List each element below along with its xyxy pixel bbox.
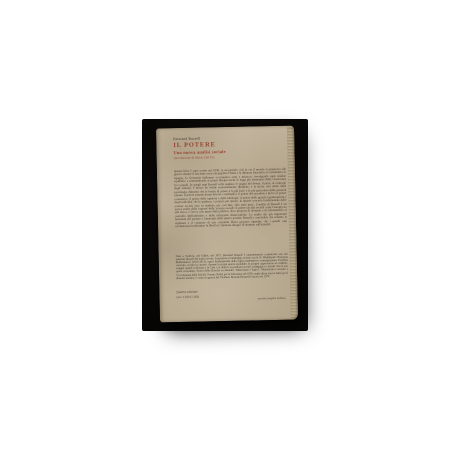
book-title: IL POTERE: [173, 141, 216, 149]
book-blurb-paragraph: Questo libro è stato scritto nel 1938, i…: [174, 168, 287, 229]
book-back-cover: Bertrand Russell IL POTERE Una nuova ana…: [156, 126, 298, 323]
publisher-imprint: newton compton italiana: [238, 297, 286, 301]
page-fore-edge: [287, 127, 298, 319]
book-subtitle: Una nuova analisi sociale: [173, 149, 225, 155]
price-label: Lire 1.300 (1.365): [176, 295, 199, 299]
edition-label: Quarta edizione: [176, 290, 197, 294]
book-introduction-credit: introduzione di Mario Dal Pra: [174, 155, 215, 160]
author-biography-paragraph: Nato a Trelleck, nel Galles, nel 1872, B…: [176, 253, 288, 280]
book-photo: Bertrand Russell IL POTERE Una nuova ana…: [142, 119, 308, 331]
